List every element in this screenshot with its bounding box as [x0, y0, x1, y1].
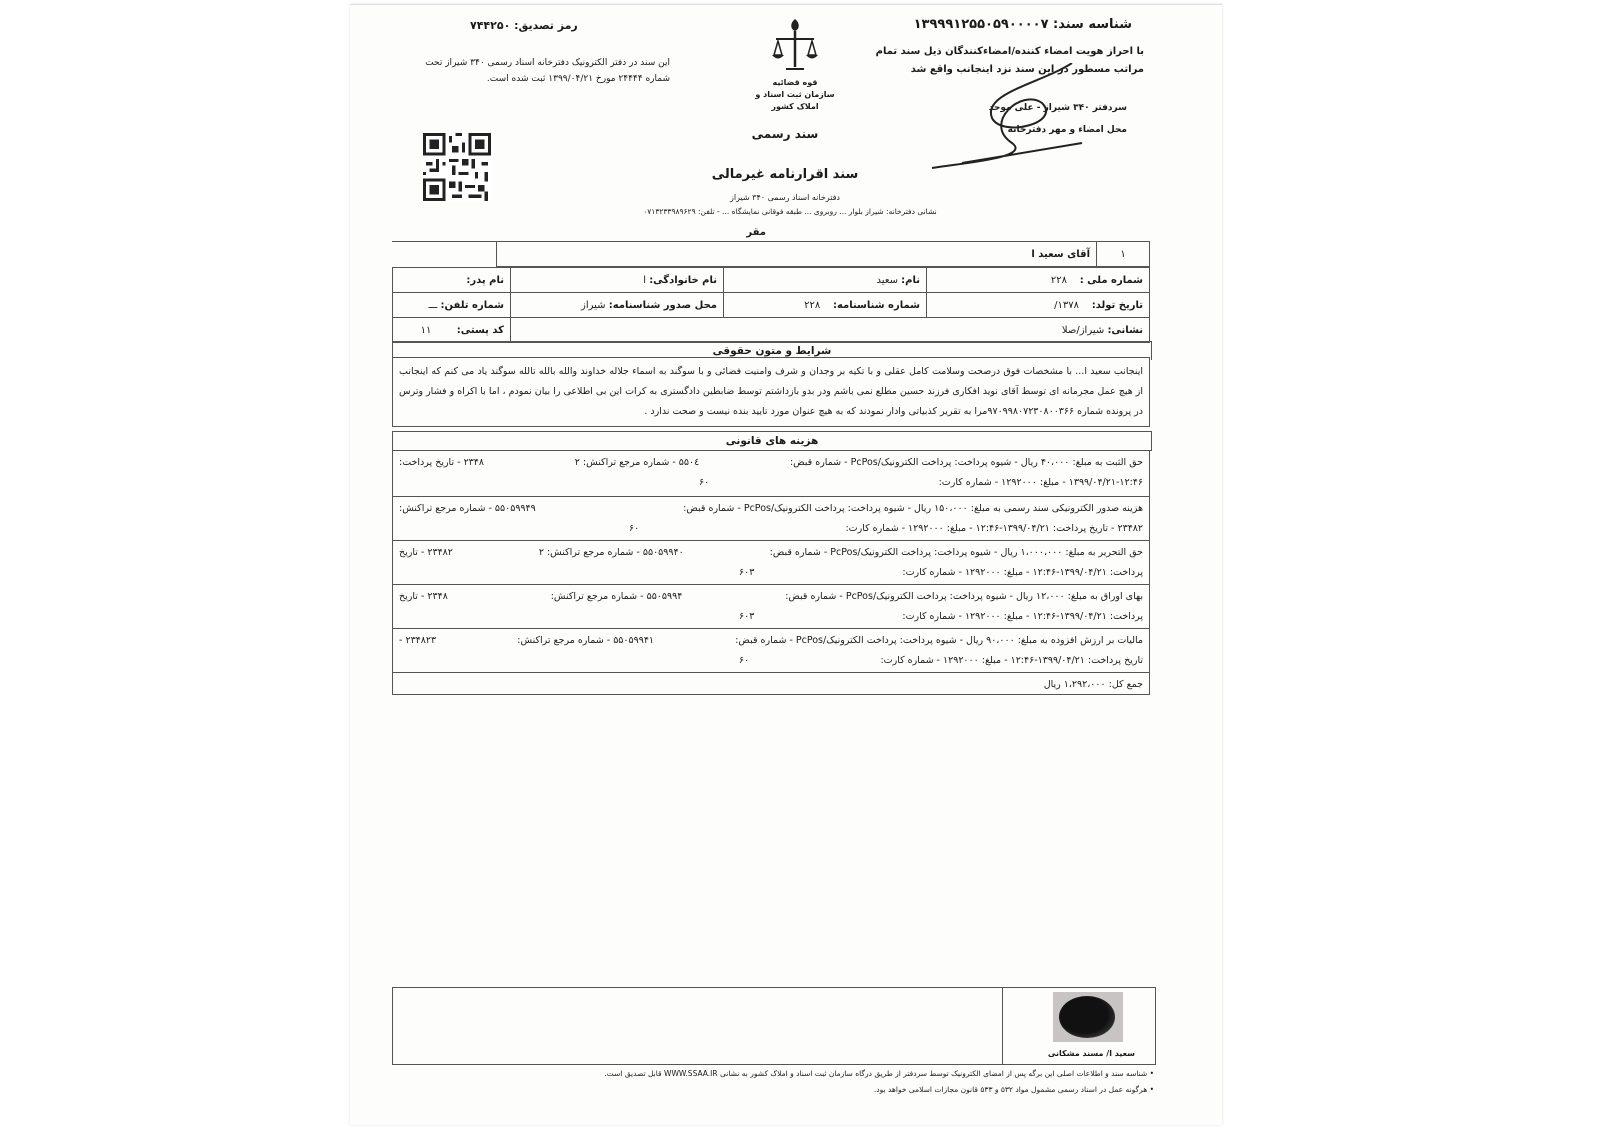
fee-card: ۶۰۳ — [739, 563, 754, 583]
fee-receipt: ۵۵۰۵۹۹۴۱ - شماره مرجع تراکنش: — [517, 631, 654, 651]
qr-code-icon — [418, 133, 496, 201]
party-section-label: مقر — [746, 227, 766, 238]
fee-line-2: پرداخت: ۱۳۹۹/۰۴/۲۱-۱۲:۴۶ - مبلغ: ۱۲۹۲۰۰۰… — [399, 607, 1143, 627]
registry-org-label: سازمان ثبت اسناد و املاک کشور — [755, 89, 835, 113]
address-value: شیراز/صلا — [1062, 325, 1104, 336]
fee-description: بهای اوراق به مبلغ: ۱۲،۰۰۰ ریال - شیوه پ… — [785, 587, 1143, 607]
issue-place-label: محل صدور شناسنامه: — [609, 300, 717, 311]
fee-row-vat: مالیات بر ارزش افزوده به مبلغ: ۹۰،۰۰۰ ری… — [392, 629, 1150, 673]
fee-reference: ۲۳۴۸ - تاریخ — [399, 587, 448, 607]
fee-line-2: تاریخ پرداخت: ۱۳۹۹/۰۴/۲۱-۱۲:۴۶ - مبلغ: ۱… — [399, 651, 1143, 671]
father-name-cell: نام پدر: — [393, 268, 511, 293]
fee-payment-info: تاریخ پرداخت: ۱۳۹۹/۰۴/۲۱-۱۲:۴۶ - مبلغ: ۱… — [880, 651, 1143, 671]
last-name-label: نام خانوادگی: — [649, 275, 717, 286]
fee-card: ۶۰ — [629, 519, 639, 539]
last-name-cell: نام خانوادگی: ا — [511, 268, 724, 293]
address-cell: نشانی: شیراز/صلا — [511, 318, 1150, 343]
party-row-1: شماره ملی : ۲۲۸ نام: سعید نام خانوادگی: … — [393, 268, 1150, 293]
footer-note-2: • هرگونه عمل در اسناد رسمی مشمول مواد ۵۳… — [570, 1085, 1154, 1094]
fees-total: جمع کل: ۱،۲۹۲،۰۰۰ ریال — [392, 673, 1150, 695]
fee-row-drafting: حق التحریر به مبلغ: ۱،۰۰۰،۰۰۰ ریال - شیو… — [392, 541, 1150, 585]
fee-payment-info: پرداخت: ۱۳۹۹/۰۴/۲۱-۱۲:۴۶ - مبلغ: ۱۲۹۲۰۰۰… — [902, 563, 1143, 583]
document-id-label: شناسه سند: — [1053, 17, 1132, 32]
terms-text: اینجانب سعید ا... با مشخصات فوق درصحت وس… — [392, 357, 1150, 427]
postal-code-label: کد پستی: — [457, 325, 504, 336]
document-id: شناسه سند: ۱۳۹۹۹۱۲۵۵۰۵۹۰۰۰۰۷ — [914, 17, 1132, 32]
signature-box: سعید ا/ مسند مشکانی — [392, 987, 1156, 1065]
address-label: نشانی: — [1107, 325, 1143, 336]
fee-line-2: ۲۳۴۸۲ - تاریخ پرداخت: ۱۳۹۹/۰۴/۲۱-۱۲:۴۶ -… — [399, 519, 1143, 539]
birth-date-cell: تاریخ تولد: ۱۳۷۸/ — [927, 293, 1150, 318]
document-id-value: ۱۳۹۹۹۱۲۵۵۰۵۹۰۰۰۰۷ — [914, 17, 1049, 32]
fee-line-2: ۱۳۹۹/۰۴/۲۱-۱۲:۴۶ - مبلغ: ۱۲۹۲۰۰۰ - شماره… — [399, 473, 1143, 493]
judiciary-label: قوه قضائیه — [755, 77, 835, 89]
confirmation-code: رمز تصدیق: ۷۴۴۲۵۰ — [470, 19, 578, 32]
fee-card: ۶۰۳ — [739, 607, 754, 627]
signer-name: سعید ا/ مسند مشکانی — [1048, 1049, 1135, 1058]
fee-description: هزینه صدور الکترونیکی سند رسمی به مبلغ: … — [683, 499, 1143, 519]
fee-payment-info: ۲۳۴۸۲ - تاریخ پرداخت: ۱۳۹۹/۰۴/۲۱-۱۲:۴۶ -… — [845, 519, 1143, 539]
fee-reference: ۲۳۴۸۲۳ - — [399, 631, 436, 651]
registration-note: این سند در دفتر الکترونیک دفترخانه اسناد… — [410, 55, 670, 87]
fee-reference: ۲۳۴۸۲ - تاریخ — [399, 543, 453, 563]
national-id-cell: شماره ملی : ۲۲۸ — [927, 268, 1150, 293]
first-name-cell: نام: سعید — [724, 268, 927, 293]
confirmation-value: ۷۴۴۲۵۰ — [470, 19, 510, 32]
id-number-value: ۲۲۸ — [804, 300, 820, 311]
fee-line-2: پرداخت: ۱۳۹۹/۰۴/۲۱-۱۲:۴۶ - مبلغ: ۱۲۹۲۰۰۰… — [399, 563, 1143, 583]
fee-receipt: ۵۵۰۵۹۹۴ - شماره مرجع تراکنش: — [551, 587, 683, 607]
fee-line-1: حق التحریر به مبلغ: ۱،۰۰۰،۰۰۰ ریال - شیو… — [399, 543, 1143, 563]
official-label: سند رسمی — [720, 127, 850, 141]
fee-card: ۶۰ — [699, 473, 709, 493]
fee-payment-info: ۱۳۹۹/۰۴/۲۱-۱۲:۴۶ - مبلغ: ۱۲۹۲۰۰۰ - شماره… — [939, 473, 1143, 493]
issue-place-value: شیراز — [581, 300, 606, 311]
fee-receipt: ۵۵۰٤ - شماره مرجع تراکنش: ۲ — [575, 453, 699, 473]
party-row-2: تاریخ تولد: ۱۳۷۸/ شماره شناسنامه: ۲۲۸ مح… — [393, 293, 1150, 318]
issue-place-cell: محل صدور شناسنامه: شیراز — [511, 293, 724, 318]
fee-line-1: حق الثبت به مبلغ: ۴۰،۰۰۰ ریال - شیوه پرد… — [399, 453, 1143, 473]
notary-signature-icon — [922, 63, 1092, 173]
fee-payment-info: پرداخت: ۱۳۹۹/۰۴/۲۱-۱۲:۴۶ - مبلغ: ۱۲۹۲۰۰۰… — [902, 607, 1143, 627]
phone-label: شماره تلفن: — [441, 300, 504, 311]
party-name-row: ۱ آقای سعید ا — [392, 242, 1150, 267]
fee-card: ۶۰ — [739, 651, 749, 671]
phone-value: ـــ — [429, 300, 438, 311]
signer-cell: سعید ا/ مسند مشکانی — [1002, 988, 1155, 1064]
first-name-label: نام: — [901, 275, 920, 286]
fee-line-1: هزینه صدور الکترونیکی سند رسمی به مبلغ: … — [399, 499, 1143, 519]
fee-description: حق الثبت به مبلغ: ۴۰،۰۰۰ ریال - شیوه پرد… — [790, 453, 1143, 473]
fee-reference: ۲۳۴۸ - تاریخ پرداخت: — [399, 453, 484, 473]
office-name: دفترخانه اسناد رسمی ۳۴۰ شیراز — [670, 193, 900, 202]
confirmation-label: رمز تصدیق: — [514, 19, 578, 32]
scales-of-justice-icon — [770, 17, 820, 73]
fee-row-registration: حق الثبت به مبلغ: ۴۰،۰۰۰ ریال - شیوه پرد… — [392, 451, 1150, 497]
postal-code-cell: کد پستی: ۱۱ — [393, 318, 511, 343]
national-id-label: شماره ملی : — [1080, 275, 1143, 286]
fee-line-1: بهای اوراق به مبلغ: ۱۲،۰۰۰ ریال - شیوه پ… — [399, 587, 1143, 607]
fee-row-paper: بهای اوراق به مبلغ: ۱۲،۰۰۰ ریال - شیوه پ… — [392, 585, 1150, 629]
office-address: نشانی دفترخانه: شیراز بلوار ... روبروی .… — [530, 207, 1050, 216]
document-title: سند اقرارنامه غیرمالی — [670, 167, 900, 182]
fees-section-label: هزینه های قانونی — [392, 431, 1152, 451]
phone-cell: شماره تلفن: ـــ — [393, 293, 511, 318]
party-full-name: آقای سعید ا — [497, 242, 1097, 267]
id-number-label: شماره شناسنامه: — [833, 300, 920, 311]
first-name-value: سعید — [876, 275, 897, 286]
document-page: شناسه سند: ۱۳۹۹۹۱۲۵۵۰۵۹۰۰۰۰۷ با احراز هو… — [350, 4, 1222, 1125]
fee-description: حق التحریر به مبلغ: ۱،۰۰۰،۰۰۰ ریال - شیو… — [770, 543, 1143, 563]
fee-receipt: ۵۵۰۵۹۹۴۰ - شماره مرجع تراکنش: ۲ — [539, 543, 684, 563]
empty-cell — [392, 242, 497, 267]
birth-date-value: ۱۳۷۸/ — [1054, 300, 1079, 311]
footer-note-1: • شناسه سند و اطلاعات اصلی این برگه پس ا… — [570, 1069, 1154, 1078]
national-id-value: ۲۲۸ — [1051, 275, 1067, 286]
party-index: ۱ — [1097, 242, 1150, 267]
fee-row-electronic-issue: هزینه صدور الکترونیکی سند رسمی به مبلغ: … — [392, 497, 1150, 541]
id-number-cell: شماره شناسنامه: ۲۲۸ — [724, 293, 927, 318]
fee-description: مالیات بر ارزش افزوده به مبلغ: ۹۰،۰۰۰ ری… — [735, 631, 1143, 651]
party-table: ۱ آقای سعید ا — [392, 241, 1150, 267]
fee-line-1: مالیات بر ارزش افزوده به مبلغ: ۹۰،۰۰۰ ری… — [399, 631, 1143, 651]
party-details-table: شماره ملی : ۲۲۸ نام: سعید نام خانوادگی: … — [392, 267, 1150, 343]
fee-receipt: ۵۵۰۵۹۹۴۹ - شماره مرجع تراکنش: — [399, 499, 536, 519]
party-row-3: نشانی: شیراز/صلا کد پستی: ۱۱ — [393, 318, 1150, 343]
fingerprint-icon — [1053, 992, 1123, 1042]
postal-code-value: ۱۱ — [421, 325, 432, 336]
birth-date-label: تاریخ تولد: — [1092, 300, 1143, 311]
father-name-label: نام پدر: — [466, 275, 504, 286]
last-name-value: ا — [643, 275, 646, 286]
emblem: قوه قضائیه سازمان ثبت اسناد و املاک کشور — [755, 17, 835, 113]
